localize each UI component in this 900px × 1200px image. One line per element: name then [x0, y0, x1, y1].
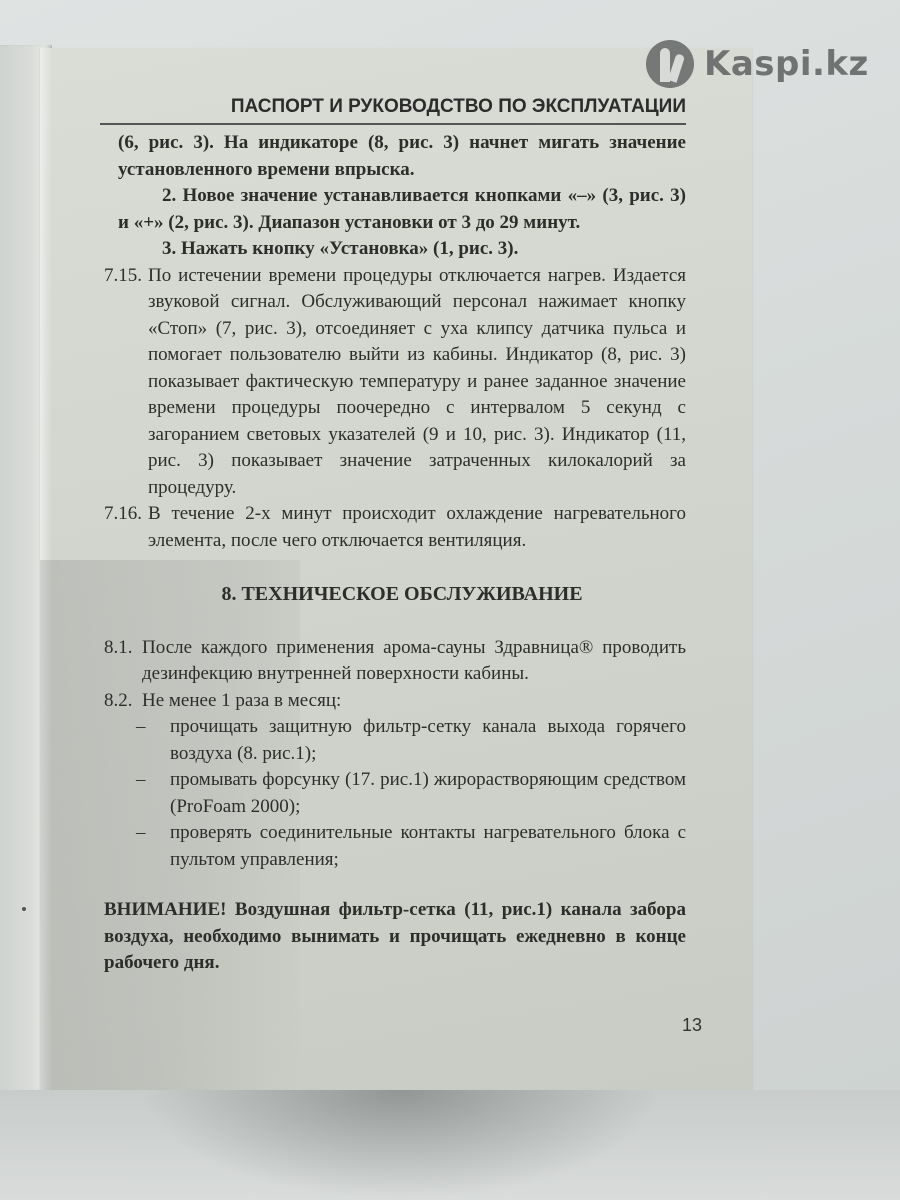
kaspi-logo-icon	[646, 40, 694, 88]
clause-text: Не менее 1 раза в месяц:	[142, 688, 686, 715]
warning-label: ВНИМАНИЕ!	[104, 899, 226, 920]
clause-number: 8.1.	[104, 635, 142, 688]
dash-bullet: –	[136, 767, 170, 820]
warning-note: ВНИМАНИЕ! Воздушная фильтр-сетка (11, ри…	[104, 897, 686, 977]
clause-text: После каждого применения арома-сауны Здр…	[142, 635, 686, 688]
dash-bullet: –	[136, 714, 170, 767]
clause-text: По истечении времени процедуры отключает…	[148, 263, 686, 502]
list-item-text: промывать форсунку (17. рис.1) жирораств…	[170, 767, 686, 820]
maintenance-list: – прочищать защитную фильтр-сетку канала…	[136, 714, 686, 873]
list-item-text: проверять соединительные контакты нагрев…	[170, 820, 686, 873]
clause-8-2: 8.2. Не менее 1 раза в месяц:	[104, 688, 686, 715]
step-3: 3. Нажать кнопку «Установка» (1, рис. 3)…	[118, 236, 686, 263]
list-item: – промывать форсунку (17. рис.1) жирорас…	[136, 767, 686, 820]
page-number: 13	[682, 1015, 702, 1036]
clause-text: В течение 2-х минут происходит охлаждени…	[148, 501, 686, 554]
clause-8-1: 8.1. После каждого применения арома-саун…	[104, 635, 686, 688]
section-title: 8. ТЕХНИЧЕСКОЕ ОБСЛУЖИВАНИЕ	[118, 581, 686, 608]
clause-7-15: 7.15. По истечении времени процедуры отк…	[104, 263, 686, 502]
clause-7-16: 7.16. В течение 2-х минут происходит охл…	[104, 501, 686, 554]
step-2: 2. Новое значение устанавливается кнопка…	[118, 183, 686, 236]
intro-continuation: (6, рис. 3). На индикаторе (8, рис. 3) н…	[118, 130, 686, 183]
list-item: – проверять соединительные контакты нагр…	[136, 820, 686, 873]
page-speck	[22, 907, 26, 911]
dash-bullet: –	[136, 820, 170, 873]
watermark-text: Kaspi.kz	[704, 44, 869, 84]
running-header: ПАСПОРТ И РУКОВОДСТВО ПО ЭКСПЛУАТАЦИИ	[100, 96, 686, 125]
clause-number: 7.15.	[104, 263, 148, 502]
clause-number: 7.16.	[104, 501, 148, 554]
page-content: (6, рис. 3). На индикаторе (8, рис. 3) н…	[118, 130, 686, 977]
list-item: – прочищать защитную фильтр-сетку канала…	[136, 714, 686, 767]
watermark: Kaspi.kz	[646, 40, 869, 88]
clause-number: 8.2.	[104, 688, 142, 715]
surface-background	[0, 1090, 900, 1200]
list-item-text: прочищать защитную фильтр-сетку канала в…	[170, 714, 686, 767]
